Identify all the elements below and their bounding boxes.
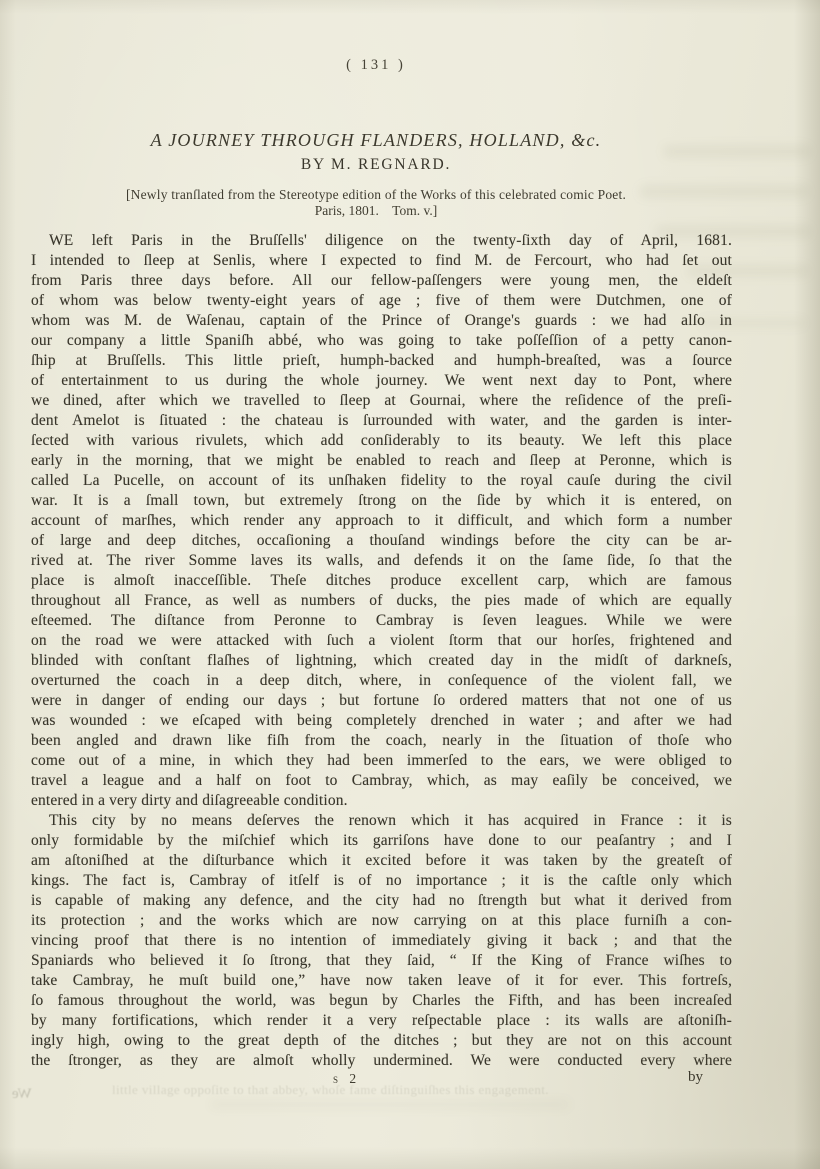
body-line: kings. The fact is, Cambray of itſelf is… bbox=[31, 871, 732, 891]
body-line: rived at. The river Somme laves its wall… bbox=[31, 551, 732, 571]
body-line: I intended to ſleep at Senlis, where I e… bbox=[31, 251, 732, 271]
body-line: war. It is a ſmall town, but extremely ſ… bbox=[31, 491, 732, 511]
bleed-through-text: little village oppoſite to that abbey, w… bbox=[112, 1082, 672, 1098]
body-line: am aſtoniſhed at the diſturbance which i… bbox=[31, 851, 732, 871]
body-line: was wounded : we eſcaped with being comp… bbox=[31, 711, 732, 731]
body-line: of entertainment to us during the whole … bbox=[31, 371, 732, 391]
page-number: ( 131 ) bbox=[20, 57, 732, 74]
bleed-through-mark: We bbox=[12, 1086, 32, 1103]
translation-note-line-2: Paris, 1801. Tom. v.] bbox=[20, 203, 732, 219]
body-line: take Cambray, he muſt build one,” have n… bbox=[31, 971, 732, 991]
body-line: ſected with various rivulets, which add … bbox=[31, 431, 732, 451]
show-through-smudge bbox=[210, 1100, 570, 1109]
body-line: entered in a very dirty and diſagreeable… bbox=[31, 791, 732, 811]
body-line: ſo famous throughout the world, was begu… bbox=[31, 991, 732, 1011]
translation-note-line-1: [Newly tranſlated from the Stereotype ed… bbox=[20, 187, 732, 203]
body-line: dent Amelot is ſituated : the chateau is… bbox=[31, 411, 732, 431]
body-line: early in the morning, that we might be e… bbox=[31, 451, 732, 471]
body-line: account of marſhes, which render any app… bbox=[31, 511, 732, 531]
body-line: place is almoſt inacceſſible. Theſe ditc… bbox=[31, 571, 732, 591]
body-line: blinded with conſtant flaſhes of lightni… bbox=[31, 651, 732, 671]
body-line: we dined, after which we travelled to ſl… bbox=[31, 391, 732, 411]
body-line: of whom was below twenty-eight years of … bbox=[31, 291, 732, 311]
body-line: WE left Paris in the Bruſſells' diligenc… bbox=[31, 231, 732, 251]
article-title: A JOURNEY THROUGH FLANDERS, HOLLAND, &c. bbox=[20, 130, 732, 151]
book-page-scan: little village oppoſite to that abbey, w… bbox=[0, 0, 820, 1169]
body-line: overturned the coach in a deep ditch, wh… bbox=[31, 671, 732, 691]
body-line: only formidable by the miſchief which it… bbox=[31, 831, 732, 851]
show-through-smudge bbox=[700, 318, 806, 328]
body-line: were in danger of ending our days ; but … bbox=[31, 691, 732, 711]
body-line: This city by no means deſerves the renow… bbox=[31, 811, 732, 831]
body-line: travel a league and a half on foot to Ca… bbox=[31, 771, 732, 791]
body-line: come out of a mine, in which they had be… bbox=[31, 751, 732, 771]
body-text: WE left Paris in the Bruſſells' diligenc… bbox=[31, 231, 732, 1071]
show-through-smudge bbox=[640, 186, 808, 197]
show-through-smudge bbox=[664, 146, 810, 157]
body-line: its protection ; and the works which are… bbox=[31, 911, 732, 931]
body-line: been angled and drawn like fiſh from the… bbox=[31, 731, 732, 751]
body-line: by many fortifications, which render it … bbox=[31, 1011, 732, 1031]
body-line: vincing proof that there is no intention… bbox=[31, 931, 732, 951]
body-line: the ſtronger, as they are almoſt wholly … bbox=[31, 1051, 732, 1071]
body-line: called La Pucelle, on account of its unſ… bbox=[31, 471, 732, 491]
body-line: ingly high, owing to the great depth of … bbox=[31, 1031, 732, 1051]
body-line: from Paris three days before. All our fe… bbox=[31, 271, 732, 291]
body-line: on the road we were attacked with ſuch a… bbox=[31, 631, 732, 651]
catchword: by bbox=[688, 1069, 703, 1086]
body-line: whom was M. de Waſenau, captain of the P… bbox=[31, 311, 732, 331]
byline: BY M. REGNARD. bbox=[20, 156, 732, 174]
show-through-smudge bbox=[656, 226, 810, 237]
show-through-smudge bbox=[688, 266, 808, 276]
body-line: our company a little Spaniſh abbé, who w… bbox=[31, 331, 732, 351]
body-line: of large and deep ditches, occaſioning a… bbox=[31, 531, 732, 551]
body-line: throughout all France, as well as number… bbox=[31, 591, 732, 611]
body-line: eſteemed. The diſtance from Peronne to C… bbox=[31, 611, 732, 631]
body-line: ſhip at Bruſſells. This little prieſt, h… bbox=[31, 351, 732, 371]
body-line: is capable of making any defence, and th… bbox=[31, 891, 732, 911]
body-line: Spaniards who believed it ſo ſtrong, tha… bbox=[31, 951, 732, 971]
